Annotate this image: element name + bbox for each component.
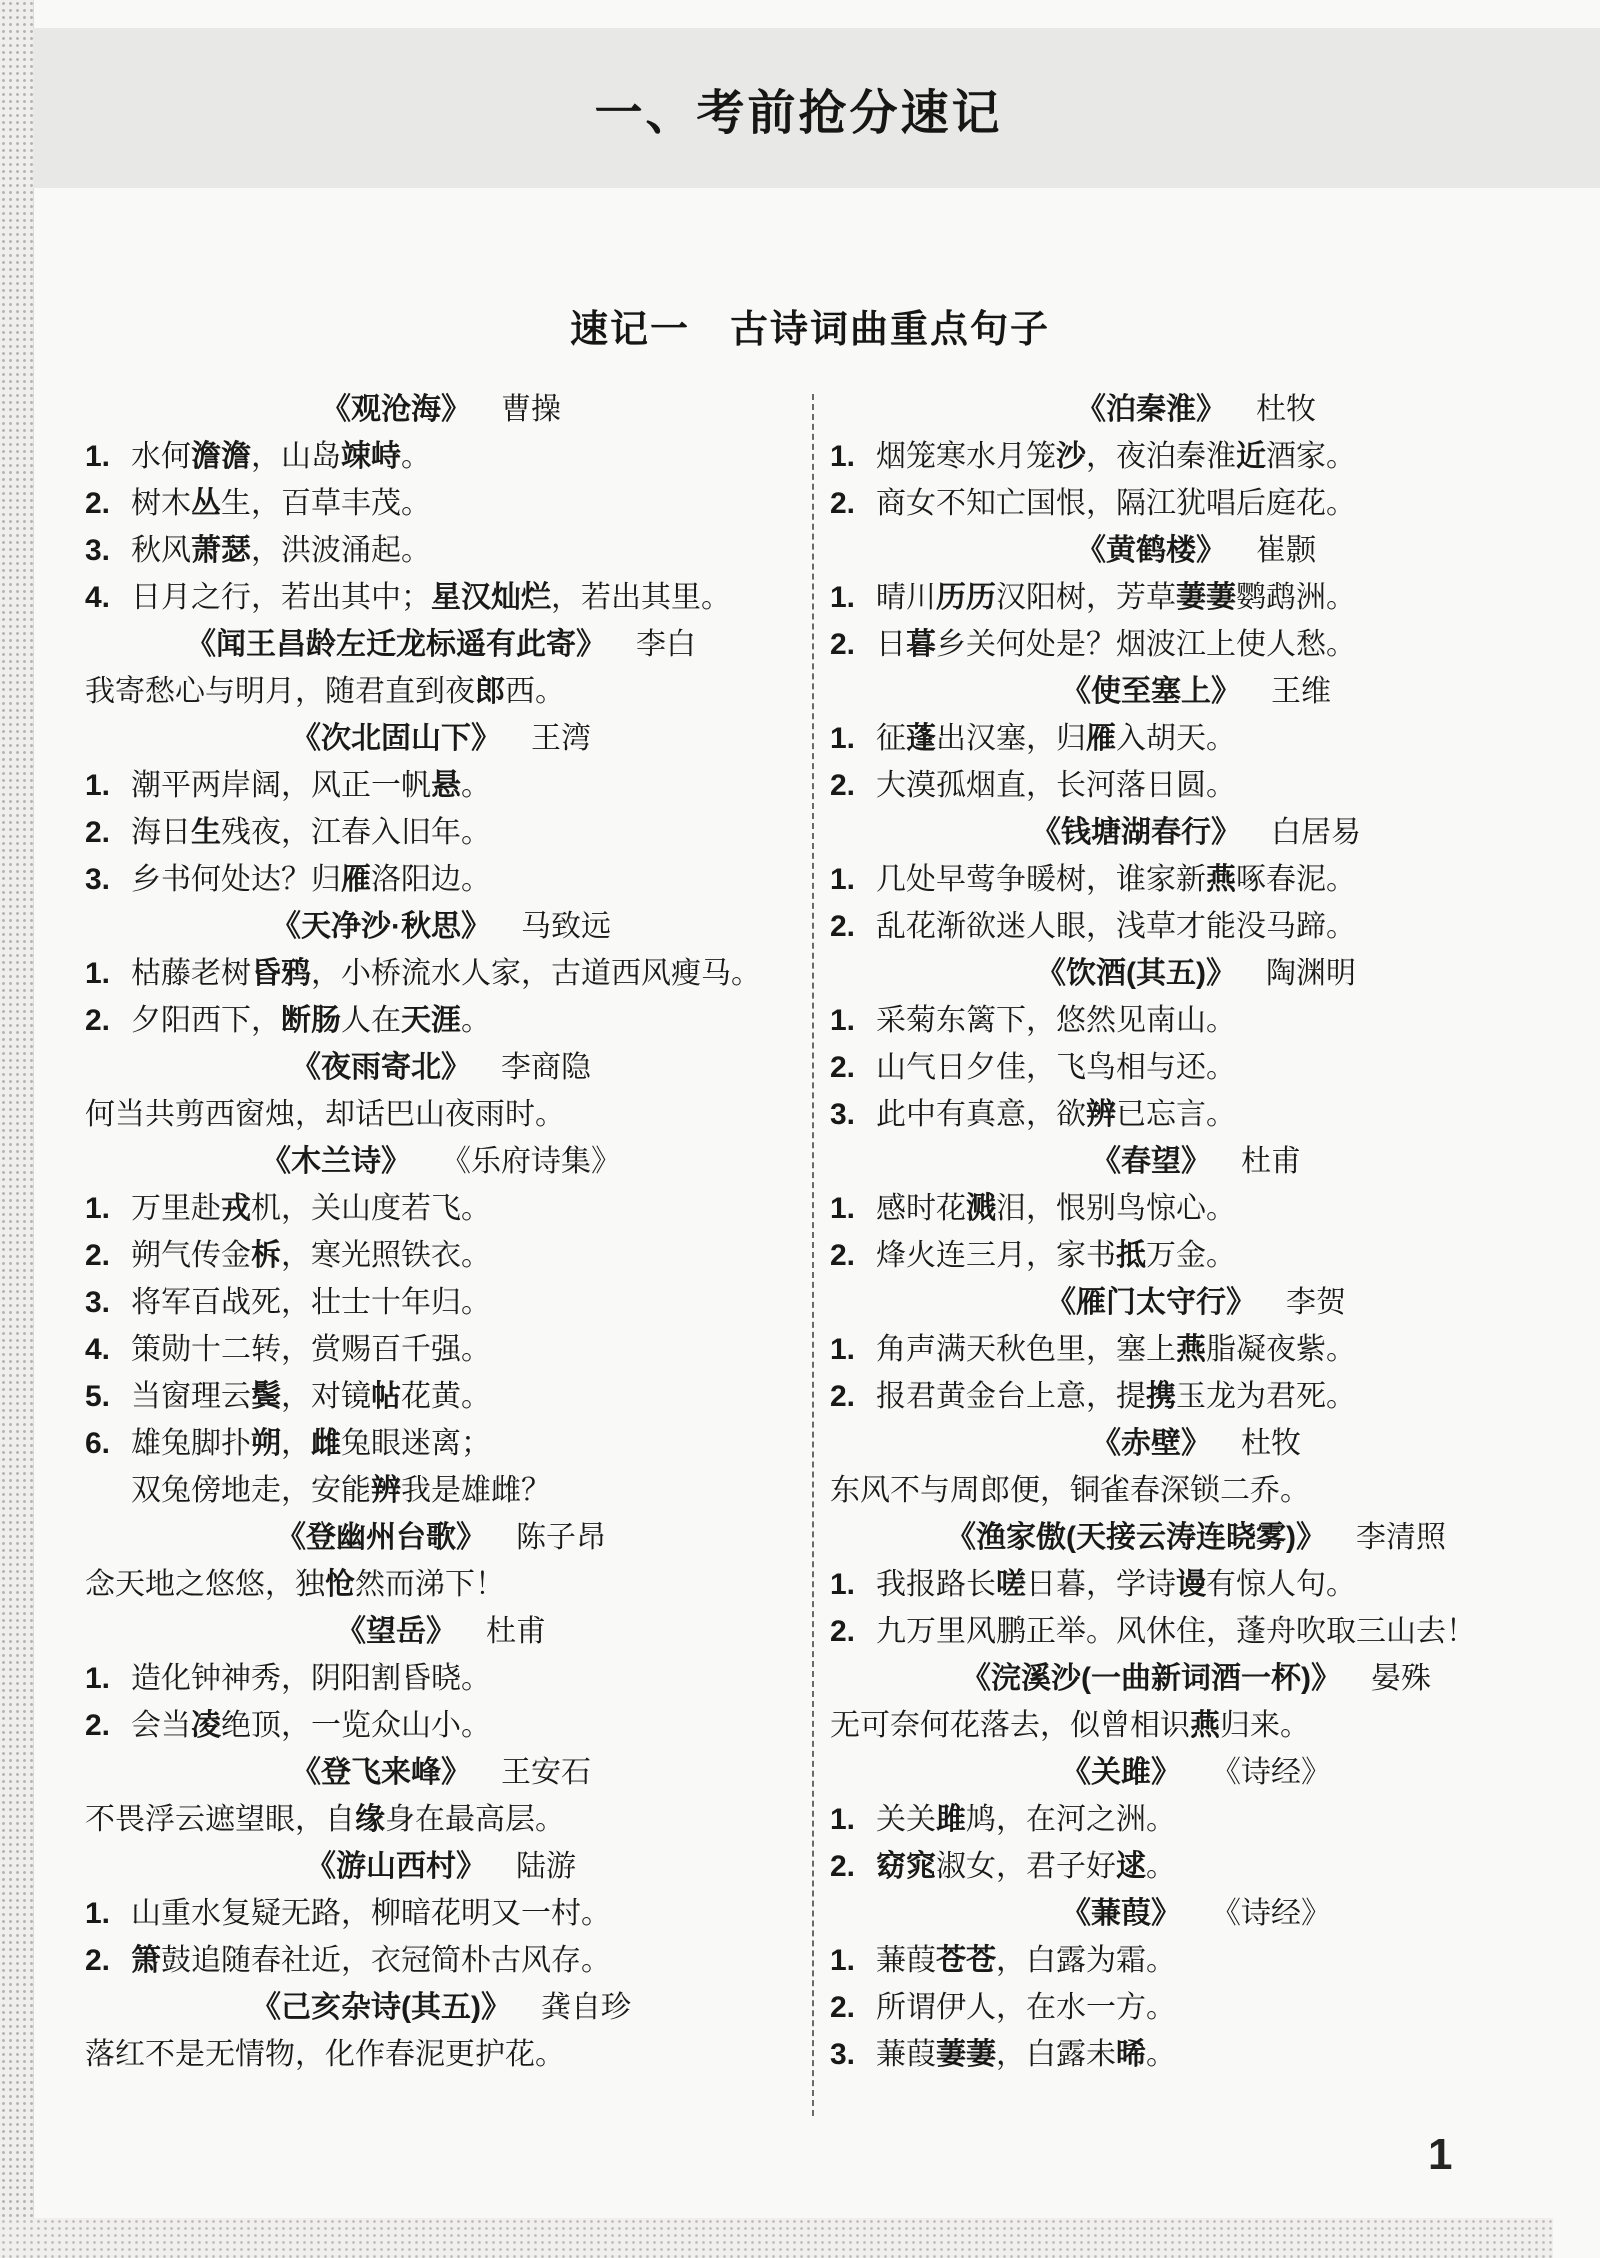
poem-title: 《观沧海》 xyxy=(321,386,471,433)
poem-entry: 《己亥杂诗(其五)》龚自珍落红不是无情物，化作春泥更护花。 xyxy=(85,1984,797,2078)
poem-line: 3.此中有真意，欲辨已忘言。 xyxy=(830,1091,1562,1138)
line-number: 1. xyxy=(830,1326,876,1373)
poem-title-row: 《赤壁》杜牧 xyxy=(830,1420,1562,1467)
line-number: 2. xyxy=(85,480,131,527)
poem-line: 2.箫鼓追随春社近，衣冠简朴古风存。 xyxy=(85,1937,797,1984)
line-text: 无可奈何花落去，似曾相识燕归来。 xyxy=(830,1702,1310,1749)
poem-title-row: 《泊秦淮》杜牧 xyxy=(830,386,1562,433)
poem-title: 《钱塘湖春行》 xyxy=(1031,809,1241,856)
poem-author: 崔颢 xyxy=(1256,527,1316,574)
poem-author: 晏殊 xyxy=(1371,1655,1431,1702)
line-number: 5. xyxy=(85,1373,131,1420)
poem-entry: 《木兰诗》《乐府诗集》1.万里赴戎机，关山度若飞。2.朔气传金柝，寒光照铁衣。3… xyxy=(85,1138,797,1514)
poem-entry: 《观沧海》曹操1.水何澹澹，山岛竦峙。2.树木丛生，百草丰茂。3.秋风萧瑟，洪波… xyxy=(85,386,797,621)
poem-title: 《赤壁》 xyxy=(1091,1420,1211,1467)
poem-line: 1.水何澹澹，山岛竦峙。 xyxy=(85,433,797,480)
line-text: 策勋十二转，赏赐百千强。 xyxy=(131,1326,491,1373)
line-text: 枯藤老树昏鸦，小桥流水人家，古道西风瘦马。 xyxy=(131,950,761,997)
line-text: 山重水复疑无路，柳暗花明又一村。 xyxy=(131,1890,611,1937)
line-text: 何当共剪西窗烛，却话巴山夜雨时。 xyxy=(85,1091,565,1138)
poem-line: 3.将军百战死，壮士十年归。 xyxy=(85,1279,797,1326)
poem-title-row: 《渔家傲(天接云涛连晓雾)》李清照 xyxy=(830,1514,1562,1561)
line-text: 双兔傍地走，安能辨我是雄雌？ xyxy=(131,1467,551,1514)
line-text: 树木丛生，百草丰茂。 xyxy=(131,480,431,527)
line-text: 将军百战死，壮士十年归。 xyxy=(131,1279,491,1326)
line-number: 1. xyxy=(85,1890,131,1937)
poem-entry: 《使至塞上》王维1.征蓬出汉塞，归雁入胡天。2.大漠孤烟直，长河落日圆。 xyxy=(830,668,1562,809)
line-number: 2. xyxy=(830,1843,876,1890)
poem-line: 1.晴川历历汉阳树，芳草萋萋鹦鹉洲。 xyxy=(830,574,1562,621)
poem-entry: 《游山西村》陆游1.山重水复疑无路，柳暗花明又一村。2.箫鼓追随春社近，衣冠简朴… xyxy=(85,1843,797,1984)
poem-line: 2.日暮乡关何处是？烟波江上使人愁。 xyxy=(830,621,1562,668)
line-number: 4. xyxy=(85,1326,131,1373)
line-number: 2. xyxy=(830,903,876,950)
poem-title-row: 《钱塘湖春行》白居易 xyxy=(830,809,1562,856)
poem-entry: 《饮酒(其五)》陶渊明1.采菊东篱下，悠然见南山。2.山气日夕佳，飞鸟相与还。3… xyxy=(830,950,1562,1138)
poem-title: 《春望》 xyxy=(1091,1138,1211,1185)
poem-author: 李贺 xyxy=(1286,1279,1346,1326)
poem-line: 2.朔气传金柝，寒光照铁衣。 xyxy=(85,1232,797,1279)
line-text: 征蓬出汉塞，归雁入胡天。 xyxy=(876,715,1236,762)
poem-line: 不畏浮云遮望眼，自缘身在最高层。 xyxy=(85,1796,797,1843)
poem-entry: 《春望》杜甫1.感时花溅泪，恨别鸟惊心。2.烽火连三月，家书抵万金。 xyxy=(830,1138,1562,1279)
poem-line: 1.采菊东篱下，悠然见南山。 xyxy=(830,997,1562,1044)
line-number: 1. xyxy=(830,715,876,762)
line-text: 夕阳西下，断肠人在天涯。 xyxy=(131,997,491,1044)
line-text: 落红不是无情物，化作春泥更护花。 xyxy=(85,2031,565,2078)
line-text: 我报路长嗟日暮，学诗谩有惊人句。 xyxy=(876,1561,1356,1608)
poem-line: 4.日月之行，若出其中；星汉灿烂，若出其里。 xyxy=(85,574,797,621)
line-text: 念天地之悠悠，独怆然而涕下！ xyxy=(85,1561,505,1608)
poem-line: 东风不与周郎便，铜雀春深锁二乔。 xyxy=(830,1467,1562,1514)
line-text: 箫鼓追随春社近，衣冠简朴古风存。 xyxy=(131,1937,611,1984)
poem-title: 《闻王昌龄左迁龙标遥有此寄》 xyxy=(186,621,606,668)
line-number: 2. xyxy=(830,480,876,527)
line-text: 海日生残夜，江春入旧年。 xyxy=(131,809,491,856)
poem-line: 1.征蓬出汉塞，归雁入胡天。 xyxy=(830,715,1562,762)
line-number: 2. xyxy=(830,1232,876,1279)
line-number: 3. xyxy=(85,527,131,574)
line-text: 烟笼寒水月笼沙，夜泊秦淮近酒家。 xyxy=(876,433,1356,480)
line-text: 关关雎鸠，在河之洲。 xyxy=(876,1796,1176,1843)
line-number: 2. xyxy=(830,1373,876,1420)
poem-author: 陶渊明 xyxy=(1266,950,1356,997)
line-text: 乡书何处达？归雁洛阳边。 xyxy=(131,856,491,903)
line-text: 水何澹澹，山岛竦峙。 xyxy=(131,433,431,480)
line-number: 1. xyxy=(830,856,876,903)
poem-title: 《雁门太守行》 xyxy=(1046,1279,1256,1326)
poem-line: 4.策勋十二转，赏赐百千强。 xyxy=(85,1326,797,1373)
poem-entry: 《望岳》杜甫1.造化钟神秀，阴阳割昏晓。2.会当凌绝顶，一览众山小。 xyxy=(85,1608,797,1749)
poem-line: 5.当窗理云鬓，对镜帖花黄。 xyxy=(85,1373,797,1420)
poem-line: 无可奈何花落去，似曾相识燕归来。 xyxy=(830,1702,1562,1749)
poem-line: 双兔傍地走，安能辨我是雄雌？ xyxy=(85,1467,797,1514)
line-text: 朔气传金柝，寒光照铁衣。 xyxy=(131,1232,491,1279)
line-number: 2. xyxy=(85,1702,131,1749)
line-number: 3. xyxy=(85,1279,131,1326)
poem-author: 《诗经》 xyxy=(1211,1890,1331,1937)
poem-title: 《渔家傲(天接云涛连晓雾)》 xyxy=(946,1514,1326,1561)
poem-title: 《木兰诗》 xyxy=(261,1138,411,1185)
poem-author: 陈子昂 xyxy=(516,1514,606,1561)
poem-title: 《游山西村》 xyxy=(306,1843,486,1890)
line-number: 1. xyxy=(85,762,131,809)
poem-title: 《蒹葭》 xyxy=(1061,1890,1181,1937)
poem-author: 马致远 xyxy=(521,903,611,950)
poem-line: 2.海日生残夜，江春入旧年。 xyxy=(85,809,797,856)
poem-title-row: 《闻王昌龄左迁龙标遥有此寄》李白 xyxy=(85,621,797,668)
poem-line: 何当共剪西窗烛，却话巴山夜雨时。 xyxy=(85,1091,797,1138)
poem-author: 杜牧 xyxy=(1241,1420,1301,1467)
line-text: 我寄愁心与明月，随君直到夜郎西。 xyxy=(85,668,565,715)
line-number: 1. xyxy=(830,574,876,621)
line-number: 2. xyxy=(830,762,876,809)
poem-title-row: 《望岳》杜甫 xyxy=(85,1608,797,1655)
poem-title: 《登飞来峰》 xyxy=(291,1749,471,1796)
poem-line: 2.所谓伊人，在水一方。 xyxy=(830,1984,1562,2031)
poem-title: 《夜雨寄北》 xyxy=(291,1044,471,1091)
poem-title-row: 《蒹葭》《诗经》 xyxy=(830,1890,1562,1937)
line-number: 1. xyxy=(85,1655,131,1702)
poem-line: 1.烟笼寒水月笼沙，夜泊秦淮近酒家。 xyxy=(830,433,1562,480)
poem-line: 1.枯藤老树昏鸦，小桥流水人家，古道西风瘦马。 xyxy=(85,950,797,997)
poem-line: 2.大漠孤烟直，长河落日圆。 xyxy=(830,762,1562,809)
poem-entry: 《蒹葭》《诗经》1.蒹葭苍苍，白露为霜。2.所谓伊人，在水一方。3.蒹葭萋萋，白… xyxy=(830,1890,1562,2078)
poem-author: 李白 xyxy=(636,621,696,668)
poem-entry: 《浣溪沙(一曲新词酒一杯)》晏殊无可奈何花落去，似曾相识燕归来。 xyxy=(830,1655,1562,1749)
line-number: 2. xyxy=(830,1608,876,1655)
line-text: 蒹葭苍苍，白露为霜。 xyxy=(876,1937,1176,1984)
line-text: 日月之行，若出其中；星汉灿烂，若出其里。 xyxy=(131,574,731,621)
line-number: 2. xyxy=(830,621,876,668)
line-text: 不畏浮云遮望眼，自缘身在最高层。 xyxy=(85,1796,565,1843)
line-number: 1. xyxy=(830,433,876,480)
line-text: 九万里风鹏正举。风休住，蓬舟吹取三山去！ xyxy=(876,1608,1476,1655)
line-text: 所谓伊人，在水一方。 xyxy=(876,1984,1176,2031)
line-text: 日暮乡关何处是？烟波江上使人愁。 xyxy=(876,621,1356,668)
poem-entry: 《闻王昌龄左迁龙标遥有此寄》李白我寄愁心与明月，随君直到夜郎西。 xyxy=(85,621,797,715)
poem-entry: 《赤壁》杜牧东风不与周郎便，铜雀春深锁二乔。 xyxy=(830,1420,1562,1514)
line-text: 大漠孤烟直，长河落日圆。 xyxy=(876,762,1236,809)
poem-author: 《乐府诗集》 xyxy=(441,1138,621,1185)
poem-title-row: 《己亥杂诗(其五)》龚自珍 xyxy=(85,1984,797,2031)
line-number: 1. xyxy=(830,1185,876,1232)
poem-title: 《次北固山下》 xyxy=(291,715,501,762)
poem-entry: 《钱塘湖春行》白居易1.几处早莺争暖树，谁家新燕啄春泥。2.乱花渐欲迷人眼，浅草… xyxy=(830,809,1562,950)
poem-title: 《登幽州台歌》 xyxy=(276,1514,486,1561)
line-number: 3. xyxy=(830,2031,876,2078)
poem-line: 3.秋风萧瑟，洪波涌起。 xyxy=(85,527,797,574)
poem-author: 杜甫 xyxy=(486,1608,546,1655)
line-number: 1. xyxy=(830,997,876,1044)
line-text: 造化钟神秀，阴阳割昏晓。 xyxy=(131,1655,491,1702)
poem-line: 落红不是无情物，化作春泥更护花。 xyxy=(85,2031,797,2078)
page-bottom-edge-texture xyxy=(0,2218,1553,2258)
line-number: 2. xyxy=(85,997,131,1044)
poem-title-row: 《次北固山下》王湾 xyxy=(85,715,797,762)
poem-line: 6.雄兔脚扑朔，雌兔眼迷离； xyxy=(85,1420,797,1467)
poem-author: 杜牧 xyxy=(1256,386,1316,433)
poem-title-row: 《登幽州台歌》陈子昂 xyxy=(85,1514,797,1561)
line-number: 6. xyxy=(85,1420,131,1467)
poem-title-row: 《关雎》《诗经》 xyxy=(830,1749,1562,1796)
left-column: 《观沧海》曹操1.水何澹澹，山岛竦峙。2.树木丛生，百草丰茂。3.秋风萧瑟，洪波… xyxy=(85,386,797,2078)
poem-line: 1.感时花溅泪，恨别鸟惊心。 xyxy=(830,1185,1562,1232)
poem-entry: 《渔家傲(天接云涛连晓雾)》李清照1.我报路长嗟日暮，学诗谩有惊人句。2.九万里… xyxy=(830,1514,1562,1655)
chapter-banner: 一、考前抢分速记 xyxy=(33,28,1600,188)
poem-author: 白居易 xyxy=(1271,809,1361,856)
poem-line: 2.会当凌绝顶，一览众山小。 xyxy=(85,1702,797,1749)
poem-line: 1.万里赴戎机，关山度若飞。 xyxy=(85,1185,797,1232)
poem-line: 2.乱花渐欲迷人眼，浅草才能没马蹄。 xyxy=(830,903,1562,950)
poem-entry: 《次北固山下》王湾1.潮平两岸阔，风正一帆悬。2.海日生残夜，江春入旧年。3.乡… xyxy=(85,715,797,903)
poem-line: 2.烽火连三月，家书抵万金。 xyxy=(830,1232,1562,1279)
poem-line: 念天地之悠悠，独怆然而涕下！ xyxy=(85,1561,797,1608)
line-text: 雄兔脚扑朔，雌兔眼迷离； xyxy=(131,1420,491,1467)
poem-line: 2.窈窕淑女，君子好逑。 xyxy=(830,1843,1562,1890)
poem-line: 1.山重水复疑无路，柳暗花明又一村。 xyxy=(85,1890,797,1937)
poem-line: 1.潮平两岸阔，风正一帆悬。 xyxy=(85,762,797,809)
poem-line: 3.蒹葭萋萋，白露未晞。 xyxy=(830,2031,1562,2078)
poem-title-row: 《饮酒(其五)》陶渊明 xyxy=(830,950,1562,997)
right-column: 《泊秦淮》杜牧1.烟笼寒水月笼沙，夜泊秦淮近酒家。2.商女不知亡国恨，隔江犹唱后… xyxy=(830,386,1562,2078)
poem-author: 王湾 xyxy=(531,715,591,762)
line-text: 东风不与周郎便，铜雀春深锁二乔。 xyxy=(830,1467,1310,1514)
poem-author: 王安石 xyxy=(501,1749,591,1796)
poem-line: 2.山气日夕佳，飞鸟相与还。 xyxy=(830,1044,1562,1091)
poem-title-row: 《夜雨寄北》李商隐 xyxy=(85,1044,797,1091)
poem-entry: 《天净沙·秋思》马致远1.枯藤老树昏鸦，小桥流水人家，古道西风瘦马。2.夕阳西下… xyxy=(85,903,797,1044)
line-number: 1. xyxy=(85,950,131,997)
poem-title-row: 《游山西村》陆游 xyxy=(85,1843,797,1890)
poem-title-row: 《使至塞上》王维 xyxy=(830,668,1562,715)
line-text: 当窗理云鬓，对镜帖花黄。 xyxy=(131,1373,491,1420)
poem-line: 1.造化钟神秀，阴阳割昏晓。 xyxy=(85,1655,797,1702)
poem-title-row: 《春望》杜甫 xyxy=(830,1138,1562,1185)
line-text: 蒹葭萋萋，白露未晞。 xyxy=(876,2031,1176,2078)
line-text: 采菊东篱下，悠然见南山。 xyxy=(876,997,1236,1044)
line-text: 窈窕淑女，君子好逑。 xyxy=(876,1843,1176,1890)
poem-author: 李清照 xyxy=(1356,1514,1446,1561)
poem-line: 1.蒹葭苍苍，白露为霜。 xyxy=(830,1937,1562,1984)
poem-title-row: 《登飞来峰》王安石 xyxy=(85,1749,797,1796)
line-text: 感时花溅泪，恨别鸟惊心。 xyxy=(876,1185,1236,1232)
poem-author: 李商隐 xyxy=(501,1044,591,1091)
poem-entry: 《夜雨寄北》李商隐何当共剪西窗烛，却话巴山夜雨时。 xyxy=(85,1044,797,1138)
line-number: 3. xyxy=(85,856,131,903)
line-text: 山气日夕佳，飞鸟相与还。 xyxy=(876,1044,1236,1091)
poem-author: 《诗经》 xyxy=(1211,1749,1331,1796)
poem-title: 《浣溪沙(一曲新词酒一杯)》 xyxy=(961,1655,1341,1702)
poem-entry: 《登飞来峰》王安石不畏浮云遮望眼，自缘身在最高层。 xyxy=(85,1749,797,1843)
line-text: 角声满天秋色里，塞上燕脂凝夜紫。 xyxy=(876,1326,1356,1373)
line-text: 晴川历历汉阳树，芳草萋萋鹦鹉洲。 xyxy=(876,574,1356,621)
poem-author: 陆游 xyxy=(516,1843,576,1890)
poem-title-row: 《观沧海》曹操 xyxy=(85,386,797,433)
poem-author: 杜甫 xyxy=(1241,1138,1301,1185)
line-text: 会当凌绝顶，一览众山小。 xyxy=(131,1702,491,1749)
line-number: 1. xyxy=(85,1185,131,1232)
poem-line: 1.关关雎鸠，在河之洲。 xyxy=(830,1796,1562,1843)
line-number: 1. xyxy=(830,1561,876,1608)
poem-line: 1.角声满天秋色里，塞上燕脂凝夜紫。 xyxy=(830,1326,1562,1373)
poem-author: 龚自珍 xyxy=(541,1984,631,2031)
chapter-title: 一、考前抢分速记 xyxy=(594,74,1002,143)
line-number: 2. xyxy=(830,1984,876,2031)
poem-entry: 《登幽州台歌》陈子昂念天地之悠悠，独怆然而涕下！ xyxy=(85,1514,797,1608)
poem-title: 《饮酒(其五)》 xyxy=(1036,950,1236,997)
poem-title: 《泊秦淮》 xyxy=(1076,386,1226,433)
poem-title: 《黄鹤楼》 xyxy=(1076,527,1226,574)
poem-line: 2.九万里风鹏正举。风休住，蓬舟吹取三山去！ xyxy=(830,1608,1562,1655)
poem-line: 我寄愁心与明月，随君直到夜郎西。 xyxy=(85,668,797,715)
line-text: 潮平两岸阔，风正一帆悬。 xyxy=(131,762,491,809)
line-number: 2. xyxy=(830,1044,876,1091)
line-text: 几处早莺争暖树，谁家新燕啄春泥。 xyxy=(876,856,1356,903)
poem-line: 2.报君黄金台上意，提携玉龙为君死。 xyxy=(830,1373,1562,1420)
line-number: 4. xyxy=(85,574,131,621)
line-text: 报君黄金台上意，提携玉龙为君死。 xyxy=(876,1373,1356,1420)
poem-author: 王维 xyxy=(1271,668,1331,715)
poem-entry: 《关雎》《诗经》1.关关雎鸠，在河之洲。2.窈窕淑女，君子好逑。 xyxy=(830,1749,1562,1890)
line-text: 秋风萧瑟，洪波涌起。 xyxy=(131,527,431,574)
line-text: 商女不知亡国恨，隔江犹唱后庭花。 xyxy=(876,480,1356,527)
poem-title-row: 《黄鹤楼》崔颢 xyxy=(830,527,1562,574)
line-number: 1. xyxy=(830,1937,876,1984)
poem-entry: 《黄鹤楼》崔颢1.晴川历历汉阳树，芳草萋萋鹦鹉洲。2.日暮乡关何处是？烟波江上使… xyxy=(830,527,1562,668)
line-number: 2. xyxy=(85,1937,131,1984)
line-number: 2. xyxy=(85,809,131,856)
poem-author: 曹操 xyxy=(501,386,561,433)
poem-title: 《己亥杂诗(其五)》 xyxy=(251,1984,511,2031)
page-number: 1 xyxy=(1428,2130,1452,2180)
poem-title-row: 《天净沙·秋思》马致远 xyxy=(85,903,797,950)
line-number: 1. xyxy=(85,433,131,480)
line-text: 烽火连三月，家书抵万金。 xyxy=(876,1232,1236,1279)
poem-title-row: 《木兰诗》《乐府诗集》 xyxy=(85,1138,797,1185)
line-text: 万里赴戎机，关山度若飞。 xyxy=(131,1185,491,1232)
section-title: 速记一 古诗词曲重点句子 xyxy=(0,298,1600,353)
poem-title: 《天净沙·秋思》 xyxy=(271,903,491,950)
poem-line: 2.夕阳西下，断肠人在天涯。 xyxy=(85,997,797,1044)
line-number: 3. xyxy=(830,1091,876,1138)
poem-entry: 《泊秦淮》杜牧1.烟笼寒水月笼沙，夜泊秦淮近酒家。2.商女不知亡国恨，隔江犹唱后… xyxy=(830,386,1562,527)
line-number: 2. xyxy=(85,1232,131,1279)
poem-line: 3.乡书何处达？归雁洛阳边。 xyxy=(85,856,797,903)
line-text: 此中有真意，欲辨已忘言。 xyxy=(876,1091,1236,1138)
poem-title: 《关雎》 xyxy=(1061,1749,1181,1796)
poem-title-row: 《雁门太守行》李贺 xyxy=(830,1279,1562,1326)
line-number: 1. xyxy=(830,1796,876,1843)
poem-title: 《望岳》 xyxy=(336,1608,456,1655)
poem-entry: 《雁门太守行》李贺1.角声满天秋色里，塞上燕脂凝夜紫。2.报君黄金台上意，提携玉… xyxy=(830,1279,1562,1420)
column-divider xyxy=(812,394,814,2116)
poem-line: 1.我报路长嗟日暮，学诗谩有惊人句。 xyxy=(830,1561,1562,1608)
line-text: 乱花渐欲迷人眼，浅草才能没马蹄。 xyxy=(876,903,1356,950)
poem-title: 《使至塞上》 xyxy=(1061,668,1241,715)
poem-line: 2.树木丛生，百草丰茂。 xyxy=(85,480,797,527)
poem-title-row: 《浣溪沙(一曲新词酒一杯)》晏殊 xyxy=(830,1655,1562,1702)
poem-line: 2.商女不知亡国恨，隔江犹唱后庭花。 xyxy=(830,480,1562,527)
poem-line: 1.几处早莺争暖树，谁家新燕啄春泥。 xyxy=(830,856,1562,903)
